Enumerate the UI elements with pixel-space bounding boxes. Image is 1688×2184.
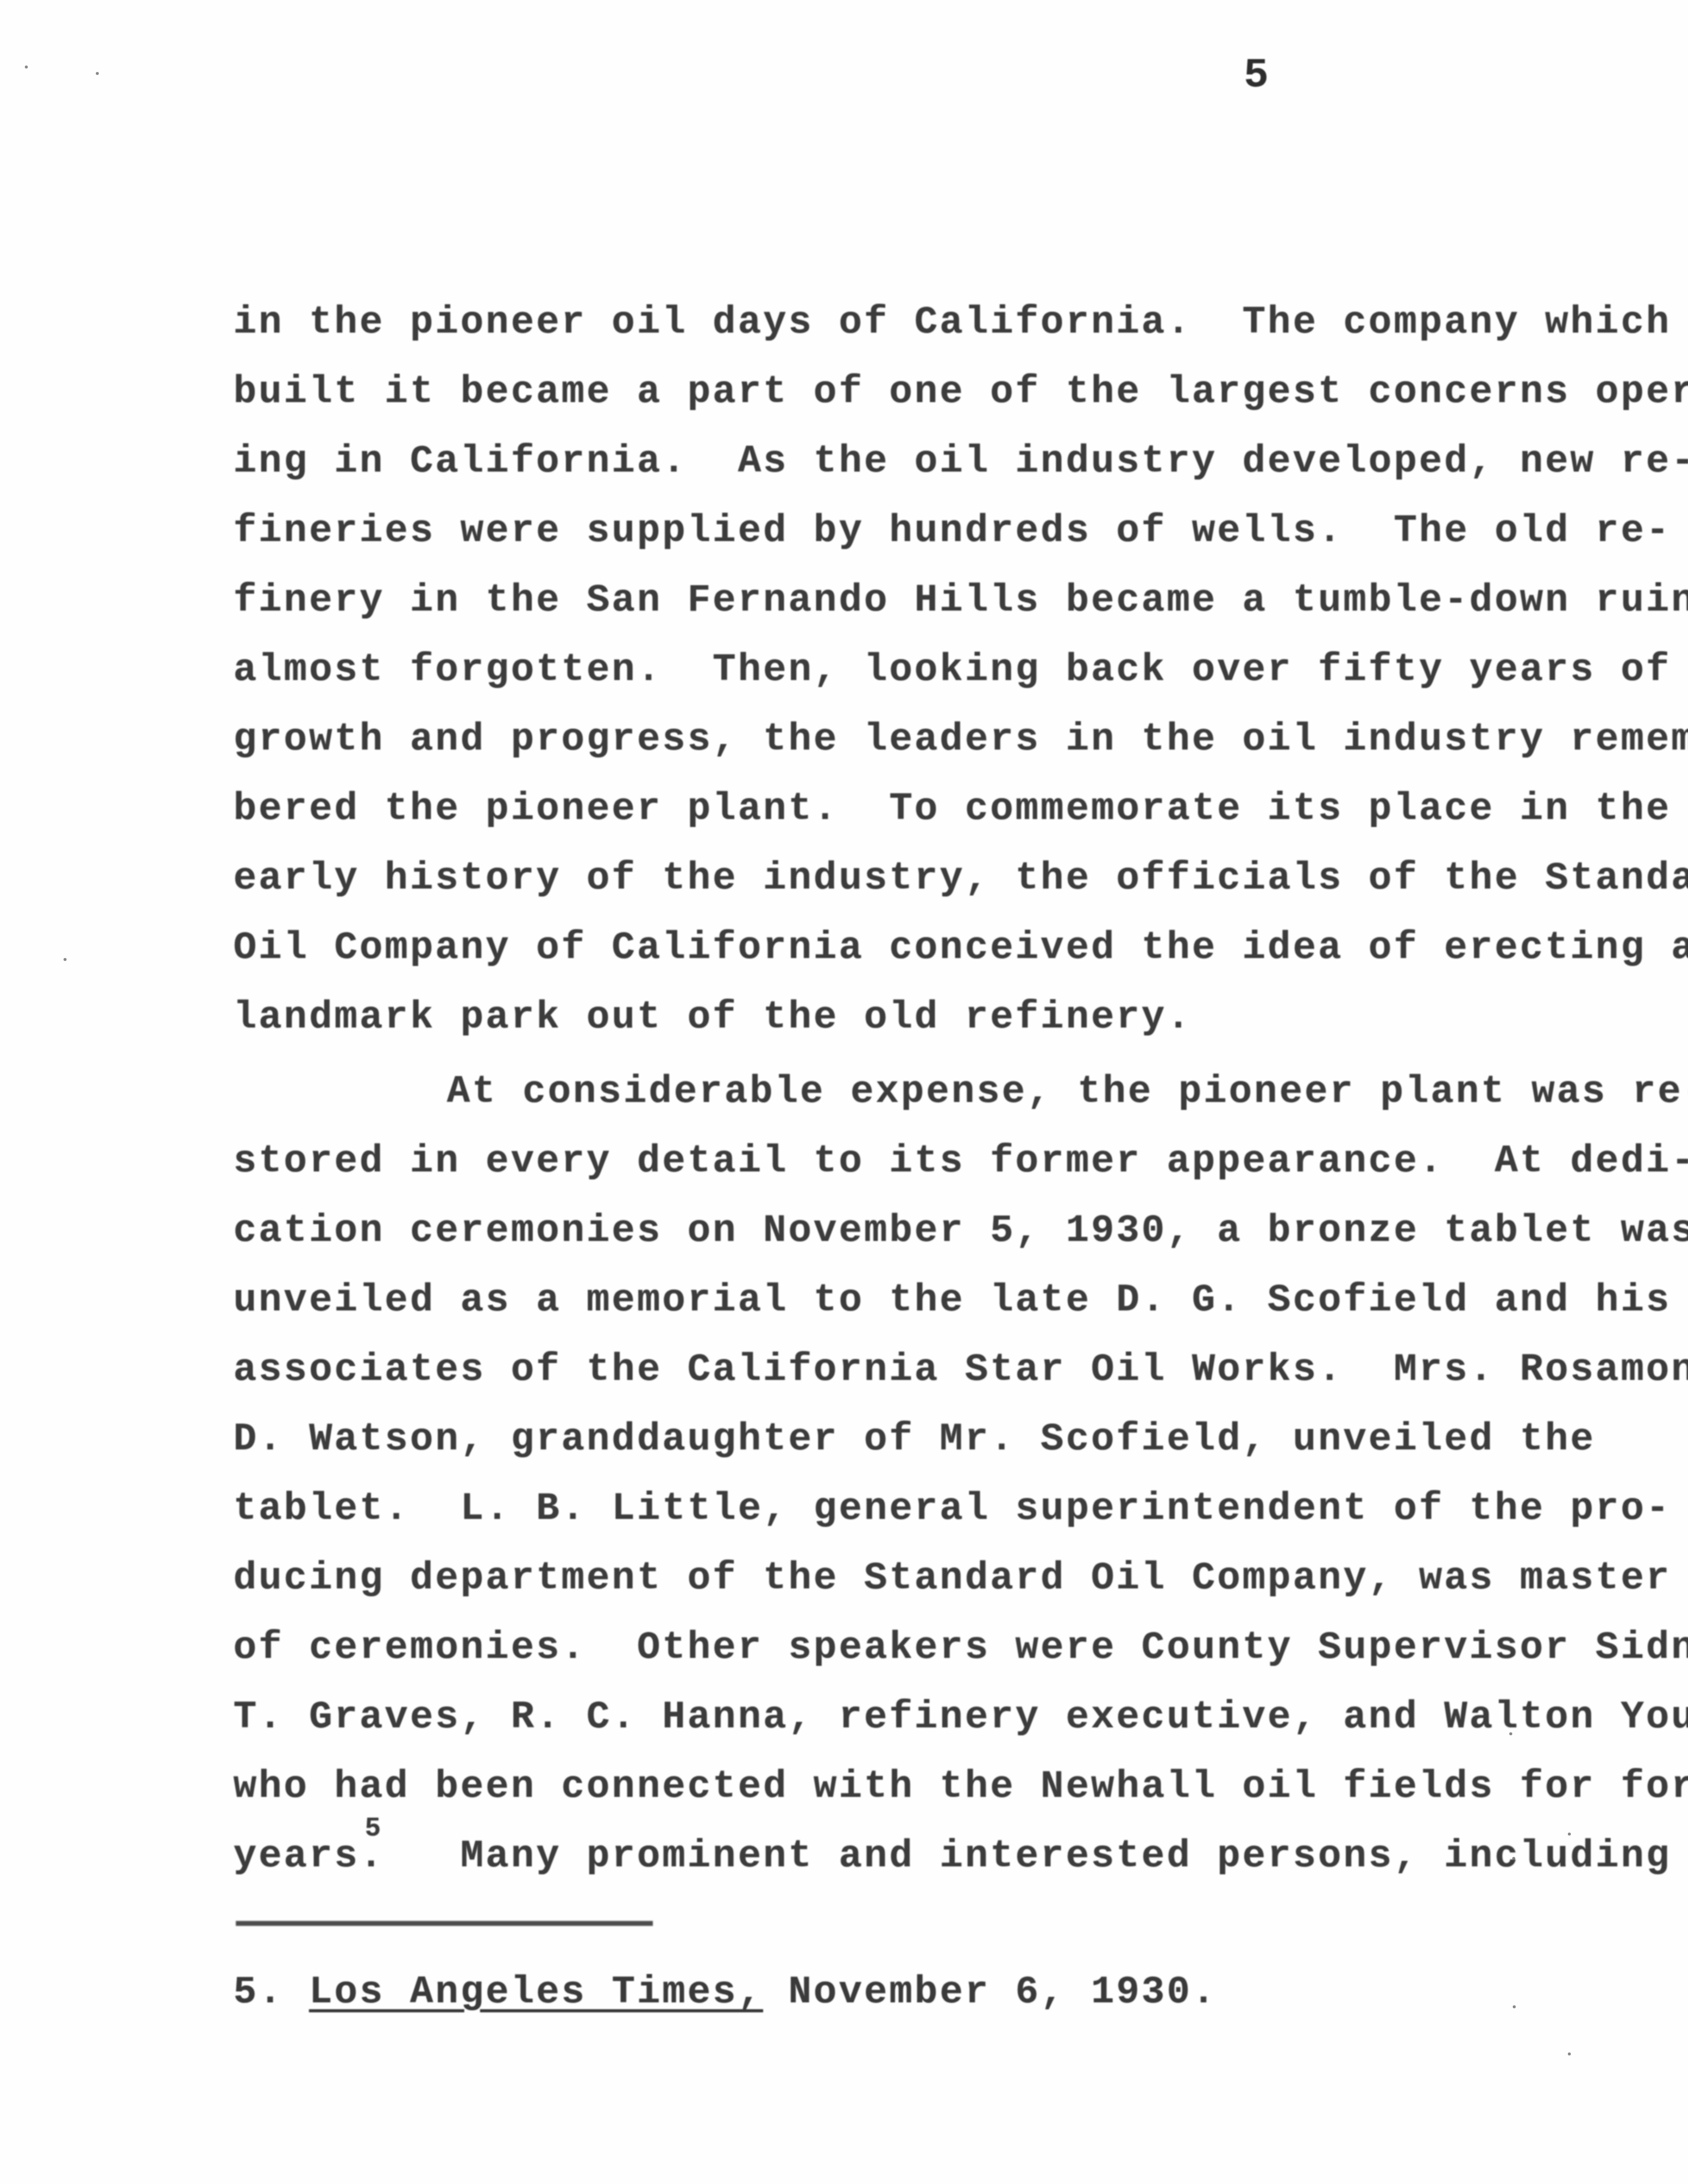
footnote-number: 5.: [233, 1971, 284, 2014]
scan-speck: [1513, 2005, 1516, 2008]
scan-speck: [25, 66, 28, 68]
text-line: cation ceremonies on November 5, 1930, a…: [233, 1201, 1564, 1271]
text-line: early history of the industry, the offic…: [233, 849, 1564, 918]
paragraph-1: in the pioneer oil days of California. T…: [233, 293, 1564, 1057]
text-line: ducing department of the Standard Oil Co…: [233, 1549, 1564, 1618]
scan-speck: [1568, 2052, 1571, 2055]
scan-speck: [1509, 1732, 1512, 1735]
text-line: landmark park out of the old refinery.: [233, 988, 1564, 1057]
text-line: in the pioneer oil days of California. T…: [233, 293, 1564, 362]
text-line: growth and progress, the leaders in the …: [233, 710, 1564, 779]
text-line-with-footnote: years.5 Many prominent and interested pe…: [233, 1827, 1564, 1896]
paragraph-gap: [233, 1057, 1564, 1062]
text-line: associates of the California Star Oil Wo…: [233, 1340, 1564, 1410]
text-line: T. Graves, R. C. Hanna, refinery executi…: [233, 1688, 1564, 1757]
text-fragment: Many prominent and interested persons, i…: [385, 1835, 1671, 1878]
body-text: in the pioneer oil days of California. T…: [233, 293, 1564, 1896]
text-fragment: years.: [233, 1835, 385, 1878]
text-line: At considerable expense, the pioneer pla…: [233, 1062, 1564, 1132]
page-number: 5: [1244, 52, 1269, 99]
text-line: D. Watson, granddaughter of Mr. Scofield…: [233, 1410, 1564, 1479]
text-line: fineries were supplied by hundreds of we…: [233, 501, 1564, 571]
text-line: unveiled as a memorial to the late D. G.…: [233, 1271, 1564, 1340]
scan-speck: [64, 958, 67, 961]
text-line: almost forgotten. Then, looking back ove…: [233, 640, 1564, 710]
footnote-divider: [236, 1921, 653, 1926]
paragraph-2: At considerable expense, the pioneer pla…: [233, 1062, 1564, 1896]
text-line: built it became a part of one of the lar…: [233, 362, 1564, 432]
text-line: of ceremonies. Other speakers were Count…: [233, 1618, 1564, 1688]
scan-speck: [1636, 1499, 1639, 1502]
scan-speck: [96, 72, 99, 75]
text-line: bered the pioneer plant. To commemorate …: [233, 779, 1564, 849]
text-line: stored in every detail to its former app…: [233, 1132, 1564, 1201]
text-line: who had been connected with the Newhall …: [233, 1757, 1564, 1827]
text-line: finery in the San Fernando Hills became …: [233, 571, 1564, 640]
scan-speck: [1512, 1857, 1515, 1860]
footnote-source-title: Los Angeles Times,: [309, 1971, 763, 2014]
text-line: tablet. L. B. Little, general superinten…: [233, 1479, 1564, 1549]
footnote: 5. Los Angeles Times, November 6, 1930.: [233, 1971, 1217, 2014]
footnote-date: November 6, 1930.: [788, 1971, 1217, 2014]
document-page: 5 in the pioneer oil days of California.…: [0, 0, 1688, 2184]
scan-speck: [1568, 1833, 1571, 1836]
text-line: Oil Company of California conceived the …: [233, 918, 1564, 988]
text-line: ing in California. As the oil industry d…: [233, 432, 1564, 501]
